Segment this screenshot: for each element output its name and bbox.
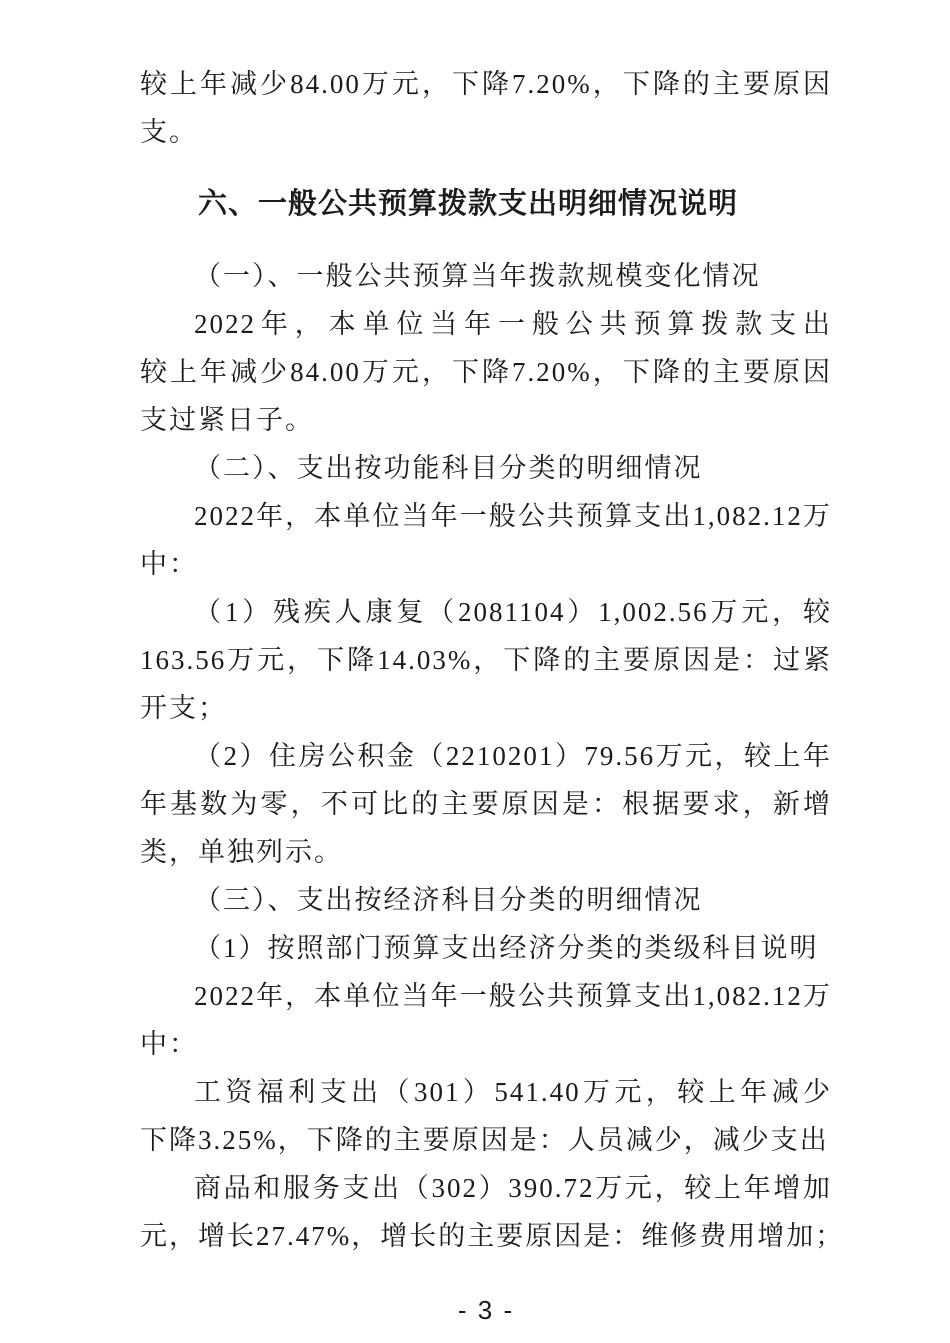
text-line: 类，单独列示。 <box>140 828 832 876</box>
text-line: 商品和服务支出（302）390.72万元，较上年增加84.19万 <box>140 1164 832 1212</box>
section-heading: 六、一般公共预算拨款支出明细情况说明 <box>140 180 832 228</box>
text-line: 中： <box>140 1020 832 1068</box>
text-line: 2022年，本单位当年一般公共预算支出1,082.12万元，其 <box>140 492 832 540</box>
text-line: 支。 <box>140 108 832 156</box>
text-line: （1）按照部门预算支出经济分类的类级科目说明 <box>140 924 832 972</box>
text-line: （三）、支出按经济科目分类的明细情况 <box>140 876 832 924</box>
page-number: - 3 - <box>140 1286 832 1334</box>
text-line: 年基数为零，不可比的主要原因是：根据要求，新增功能科目分 <box>140 780 832 828</box>
text-line: （一）、一般公共预算当年拨款规模变化情况 <box>140 252 832 300</box>
text-line: （2）住房公积金（2210201）79.56万元，较上年不可比，上 <box>140 732 832 780</box>
text-line: 支过紧日子。 <box>140 396 832 444</box>
text-line: （1）残疾人康复（2081104）1,002.56万元，较上年减少 <box>140 588 832 636</box>
text-line: 中： <box>140 540 832 588</box>
text-line: 163.56万元，下降14.03%，下降的主要原因是：过紧日子，压缩 <box>140 636 832 684</box>
text-line: （二）、支出按功能科目分类的明细情况 <box>140 444 832 492</box>
document-page: 较上年减少84.00万元，下降7.20%，下降的主要原因是：压缩开支。六、一般公… <box>0 0 950 1343</box>
text-line: 元，增长27.47%，增长的主要原因是：维修费用增加； <box>140 1212 832 1260</box>
text-line: 2022年，本单位当年一般公共预算拨款支出1,082.12万元， <box>140 300 832 348</box>
text-line: 工资福利支出（301）541.40万元，较上年减少18.19万元， <box>140 1068 832 1116</box>
text-line: 开支； <box>140 684 832 732</box>
text-line: 较上年减少84.00万元，下降7.20%，下降的主要原因是：压缩开 <box>140 60 832 108</box>
text-line: 2022年，本单位当年一般公共预算支出1,082.12万元，其 <box>140 972 832 1020</box>
text-line: 下降3.25%，下降的主要原因是：人员减少，减少支出； <box>140 1116 832 1164</box>
document-body: 较上年减少84.00万元，下降7.20%，下降的主要原因是：压缩开支。六、一般公… <box>140 60 832 1260</box>
text-line: 较上年减少84.00万元，下降7.20%，下降的主要原因是：压缩开 <box>140 348 832 396</box>
